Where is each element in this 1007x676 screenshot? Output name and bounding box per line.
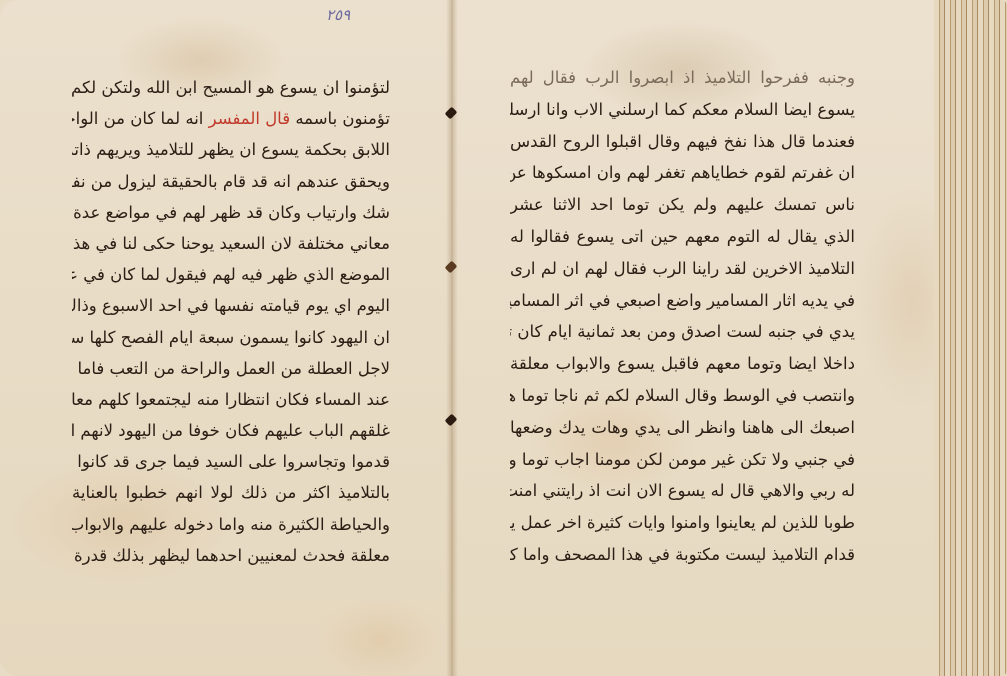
text-line: فعندما قال هذا نفخ فيهم وقال اقبلوا الرو… — [510, 126, 855, 158]
text-line: بالتلاميذ اكثر من ذلك لولا انهم خطبوا با… — [72, 477, 390, 508]
text-line: شك وارتياب وكان قد ظهر لهم في مواضع عدة … — [72, 197, 390, 228]
text-line: معلقة فحدث لمعنيين احدهما ليظهر بذلك قدر… — [72, 540, 390, 571]
text-line: وانتصب في الوسط وقال السلام لكم ثم ناجا … — [510, 380, 855, 412]
text-line: ويحقق عندهم انه قد قام بالحقيقة ليزول من… — [72, 166, 390, 197]
text-line: له ربي والاهي قال له يسوع الان انت اذ را… — [510, 475, 855, 507]
text-line: اصبعك الى هاهنا وانظر الى يدي وهات يدك و… — [510, 412, 855, 444]
text-line: يدي في جنبه لست اصدق ومن بعد ثمانية ايام… — [510, 316, 855, 348]
text-line: الموضع الذي ظهر فيه لهم فيقول لما كان في… — [72, 259, 390, 290]
text-line: ناس تمسك عليهم ولم يكن توما احد الاثنا ع… — [510, 189, 855, 221]
text-line: قدموا وتجاسروا على السيد فيما جرى قد كان… — [72, 446, 390, 477]
right-page-text: وجنبه ففرحوا التلاميذ اذ ابصروا الرب فقا… — [510, 62, 855, 571]
open-manuscript: ٢٥٩ لتؤمنوا ان يسوع هو المسيح ابن الله و… — [0, 0, 1007, 676]
rubric-heading: قال المفسر — [209, 109, 290, 128]
text-line: غلقهم الباب عليهم فكان خوفا من اليهود لا… — [72, 415, 390, 446]
left-page-text: لتؤمنوا ان يسوع هو المسيح ابن الله ولتكن… — [72, 72, 390, 571]
text-line: اليوم اي يوم قيامته نفسها في احد الاسبوع… — [72, 290, 390, 321]
text-line: قدام التلاميذ ليست مكتوبة في هذا المصحف … — [510, 539, 855, 571]
text-line: في يديه اثار المسامير واضع اصبعي في اثر … — [510, 285, 855, 317]
text-line: عند المساء فكان انتظارا منه ليجتمعوا كله… — [72, 384, 390, 415]
text-line: معاني مختلفة لان السعيد يوحنا حكى لنا في… — [72, 228, 390, 259]
folio-number: ٢٥٩ — [326, 6, 350, 24]
text-line: تؤمنون باسمه قال المفسر انه لما كان من ا… — [72, 103, 390, 134]
text-line: داخلا ايضا وتوما معهم فاقبل يسوع والابوا… — [510, 348, 855, 380]
text-line: الذي يقال له التوم معهم حين اتى يسوع فقا… — [510, 221, 855, 253]
text-line: ان غفرتم لقوم خطاياهم تغفر لهم وان امسكو… — [510, 157, 855, 189]
text-line: التلاميذ الاخرين لقد راينا الرب فقال لهم… — [510, 253, 855, 285]
text-line: والحياطة الكثيرة منه واما دخوله عليهم وا… — [72, 509, 390, 540]
text-line: في جنبي ولا تكن غير مومن لكن مومنا اجاب … — [510, 444, 855, 476]
text-line: اللابق بحكمة يسوع ان يظهر للتلاميذ ويريه… — [72, 134, 390, 165]
text-line: ان اليهود كانوا يسمون سبعة ايام الفصح كل… — [72, 322, 390, 353]
text-line: وجنبه ففرحوا التلاميذ اذ ابصروا الرب فقا… — [510, 62, 855, 94]
book-gutter — [446, 0, 458, 676]
text-line: لاجل العطلة من العمل والراحة من التعب فا… — [72, 353, 390, 384]
text-line: يسوع ايضا السلام معكم كما ارسلني الاب وا… — [510, 94, 855, 126]
text-line: لتؤمنوا ان يسوع هو المسيح ابن الله ولتكن… — [72, 72, 390, 103]
stacked-page-edges — [934, 0, 1007, 676]
text-line: طوبا للذين لم يعاينوا وامنوا وايات كثيرة… — [510, 507, 855, 539]
